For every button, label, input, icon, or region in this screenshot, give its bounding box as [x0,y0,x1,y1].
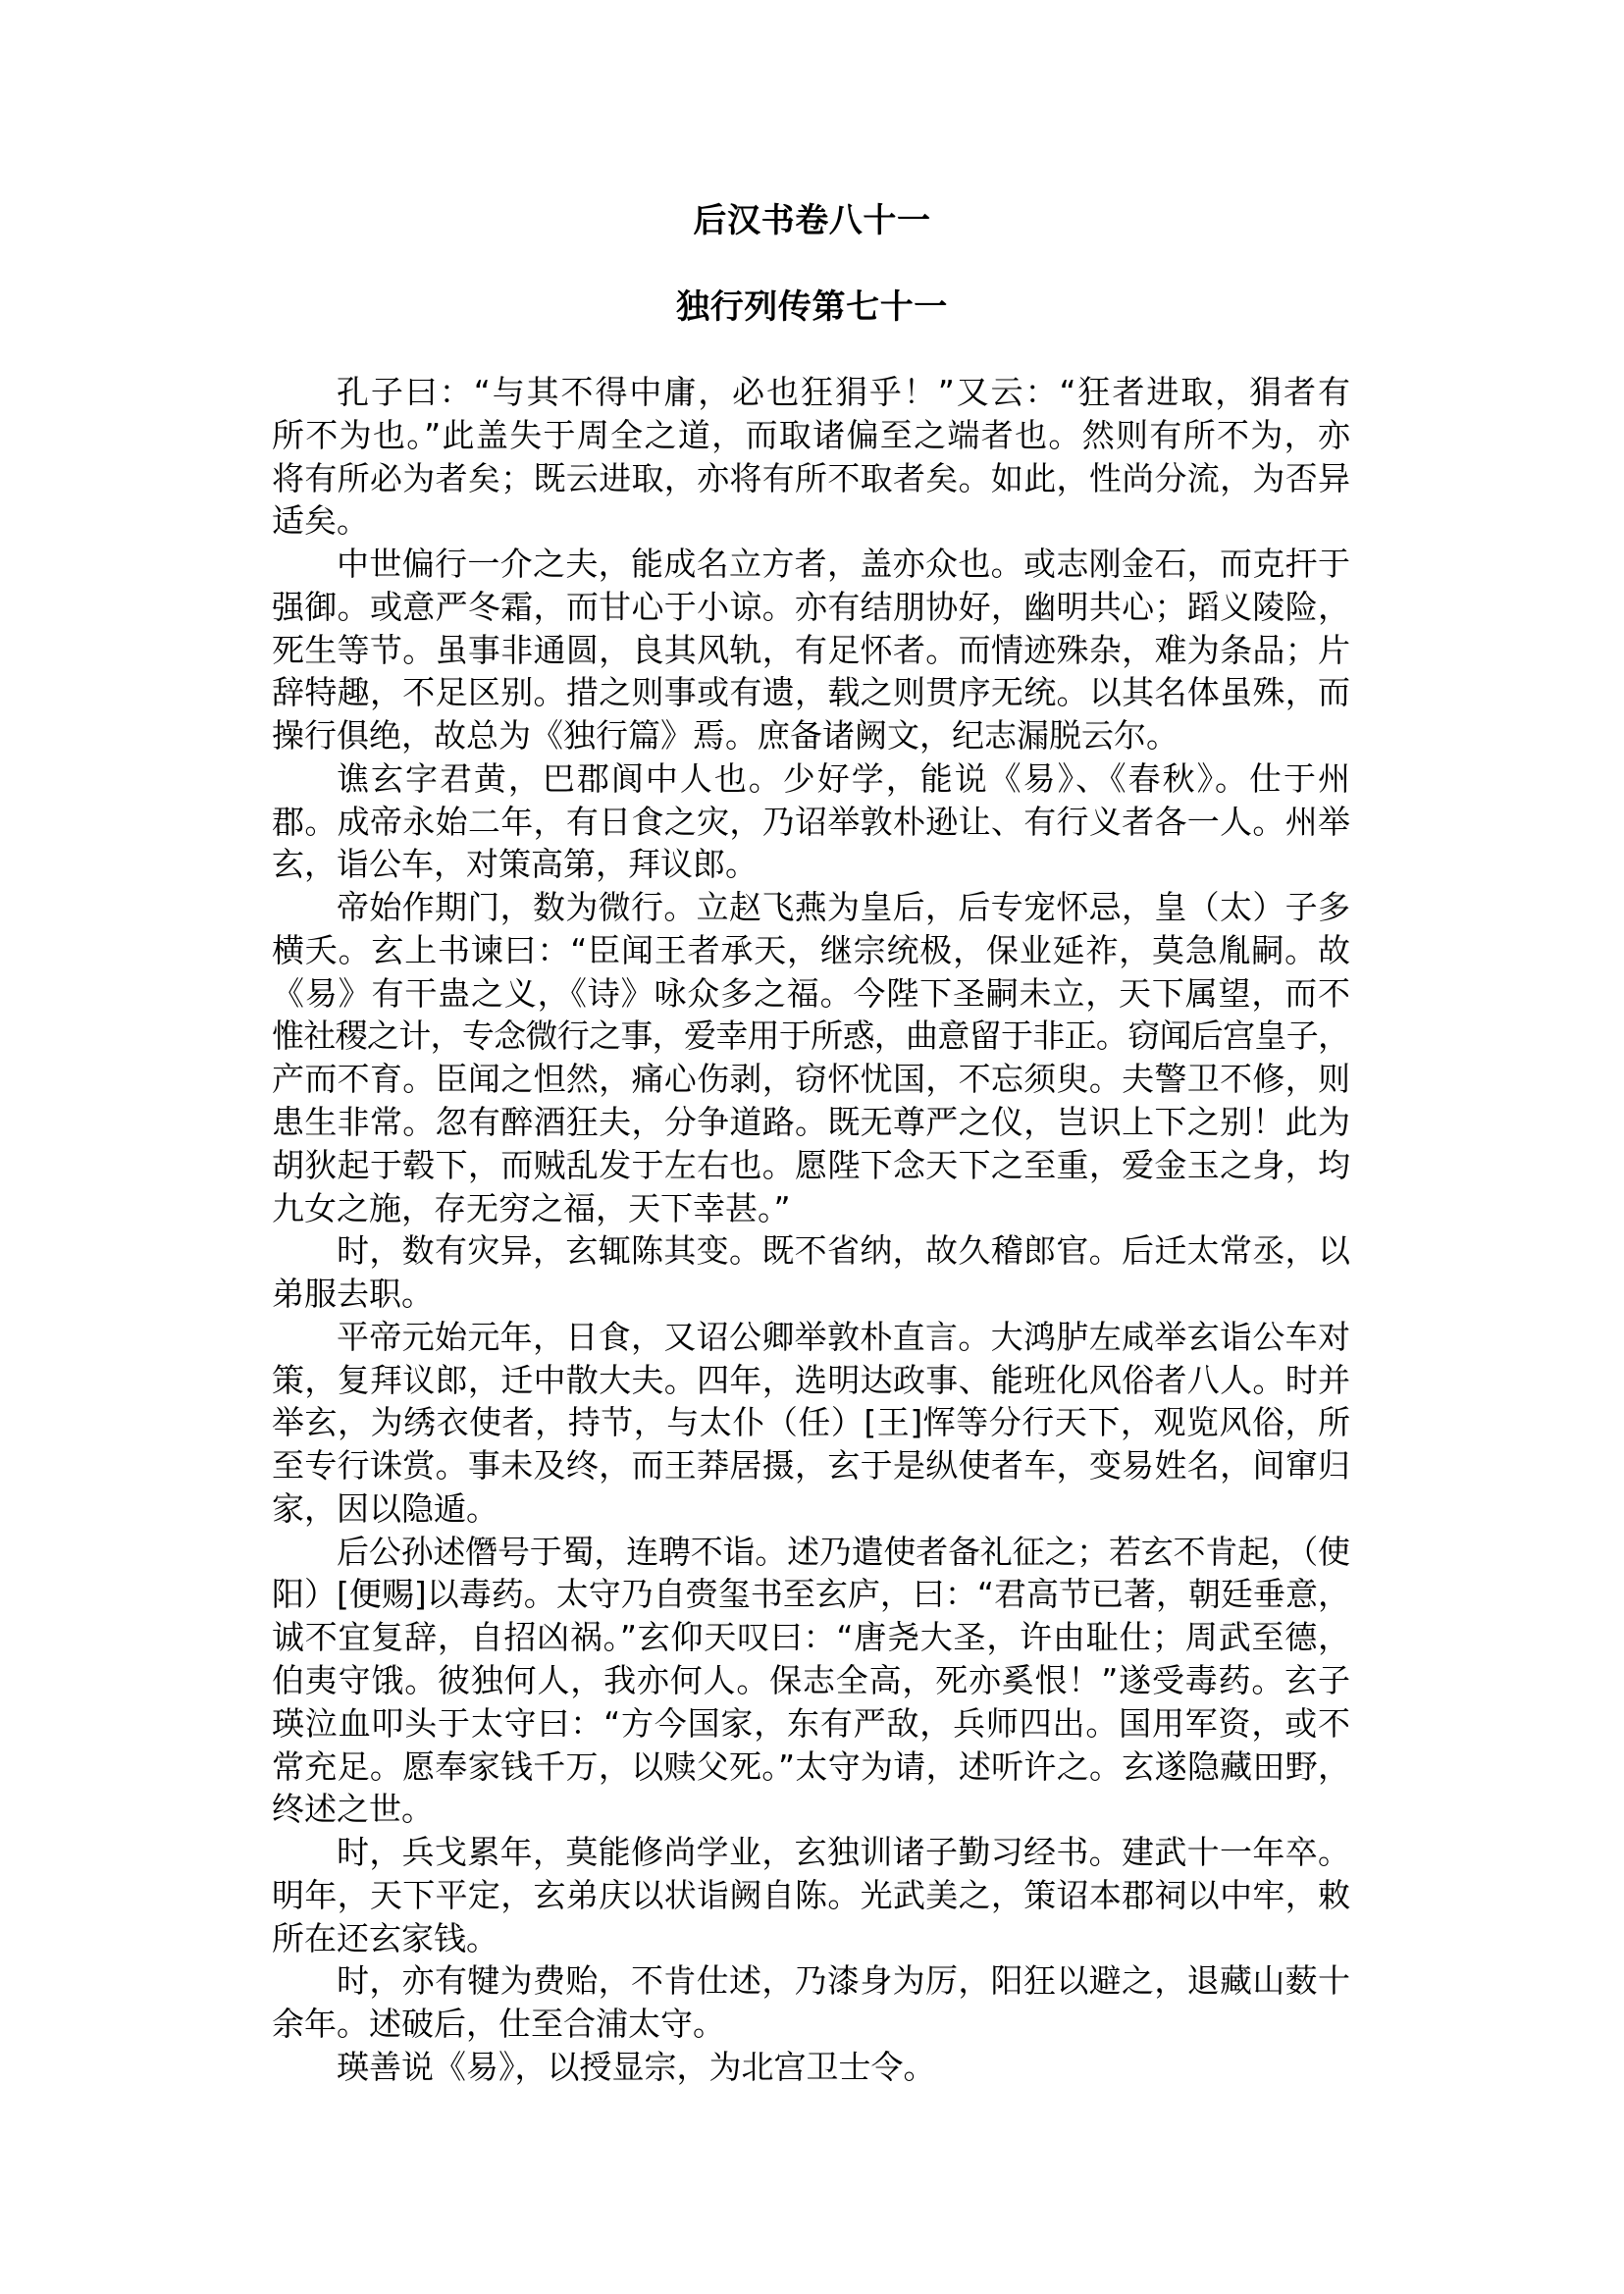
text-line: 明年，天下平定，玄弟庆以状诣阙自陈。光武美之，策诏本郡祠以中牢，敕 [272,1874,1350,1917]
paragraph: 中世偏行一介之夫，能成名立方者，盖亦众也。或志刚金石，而克扞于 强御。或意严冬霜… [272,543,1350,757]
text-line: 九女之施，存无穷之福，天下幸甚。” [272,1187,1350,1230]
volume-title: 后汉书卷八十一 [0,199,1624,242]
text-line: 弟服去职。 [272,1273,1350,1316]
text-line: 策，复拜议郎，迁中散大夫。四年，选明达政事、能班化风俗者八人。时并 [272,1359,1350,1402]
paragraph: 时，亦有犍为费贻，不肯仕述，乃漆身为厉，阳狂以避之，退藏山薮十 余年。述破后，仕… [272,1959,1350,2046]
text-line: 死生等节。虽事非通圆，良其风轨，有足怀者。而情迹殊杂，难为条品；片 [272,629,1350,672]
document-page: 后汉书卷八十一 独行列传第七十一 孔子曰：“与其不得中庸，必也狂狷乎！”又云：“… [0,0,1624,2294]
text-line: 帝始作期门，数为微行。立赵飞燕为皇后，后专宠怀忌，皇（太）子多 [272,886,1350,929]
text-line: 《易》有干蛊之义，《诗》咏众多之福。今陛下圣嗣未立，天下属望，而不 [272,972,1350,1016]
text-line: 时，兵戈累年，莫能修尚学业，玄独训诸子勤习经书。建武十一年卒。 [272,1831,1350,1874]
text-line: 胡狄起于毂下，而贼乱发于左右也。愿陛下念天下之至重，爱金玉之身，均 [272,1144,1350,1187]
text-line: 中世偏行一介之夫，能成名立方者，盖亦众也。或志刚金石，而克扞于 [272,543,1350,586]
text-line: 阳）[便赐]以毒药。太守乃自赍玺书至玄庐，曰：“君高节已著，朝廷垂意， [272,1573,1350,1616]
text-line: 辞特趣，不足区别。措之则事或有遗，载之则贯序无统。以其名体虽殊，而 [272,671,1350,714]
text-line: 操行俱绝，故总为《独行篇》焉。庶备诸阙文，纪志漏脱云尔。 [272,714,1350,757]
paragraph: 时，兵戈累年，莫能修尚学业，玄独训诸子勤习经书。建武十一年卒。 明年，天下平定，… [272,1831,1350,1959]
text-line: 惟社稷之计，专念微行之事，爱幸用于所惑，曲意留于非正。窃闻后宫皇子， [272,1015,1350,1058]
text-line: 时，数有灾异，玄辄陈其变。既不省纳，故久稽郎官。后迁太常丞，以 [272,1229,1350,1273]
paragraph: 孔子曰：“与其不得中庸，必也狂狷乎！”又云：“狂者进取，狷者有 所不为也。”此盖… [272,371,1350,543]
document-body: 孔子曰：“与其不得中庸，必也狂狷乎！”又云：“狂者进取，狷者有 所不为也。”此盖… [272,371,1350,2089]
text-line: 举玄，为绣衣使者，持节，与太仆（任）[王]恽等分行天下，观览风俗，所 [272,1401,1350,1444]
text-line: 平帝元始元年，日食，又诏公卿举敦朴直言。大鸿胪左咸举玄诣公车对 [272,1316,1350,1359]
text-line: 郡。成帝永始二年，有日食之灾，乃诏举敦朴逊让、有行义者各一人。州举 [272,801,1350,844]
text-line: 诚不宜复辞，自招凶祸。”玄仰天叹曰：“唐尧大圣，许由耻仕；周武至德， [272,1616,1350,1659]
text-line: 至专行诛赏。事未及终，而王莽居摄，玄于是纵使者车，变易姓名，间窜归 [272,1444,1350,1487]
paragraph: 时，数有灾异，玄辄陈其变。既不省纳，故久稽郎官。后迁太常丞，以 弟服去职。 [272,1229,1350,1316]
paragraph: 后公孙述僭号于蜀，连聘不诣。述乃遣使者备礼征之；若玄不肯起，（使 阳）[便赐]以… [272,1531,1350,1831]
text-line: 患生非常。忽有醉酒狂夫，分争道路。既无尊严之仪，岂识上下之别！此为 [272,1101,1350,1144]
text-line: 强御。或意严冬霜，而甘心于小谅。亦有结朋协好，幽明共心；蹈义陵险， [272,586,1350,629]
text-line: 常充足。愿奉家钱千万，以赎父死。”太守为请，述听许之。玄遂隐藏田野， [272,1746,1350,1789]
chapter-title: 独行列传第七十一 [0,286,1624,329]
text-line: 适矣。 [272,499,1350,543]
text-line: 终述之世。 [272,1788,1350,1831]
text-line: 横夭。玄上书谏曰：“臣闻王者承天，继宗统极，保业延祚，莫急胤嗣。故 [272,929,1350,972]
text-line: 将有所必为者矣；既云进取，亦将有所不取者矣。如此，性尚分流，为否异 [272,457,1350,500]
paragraph: 谯玄字君黄，巴郡阆中人也。少好学，能说《易》、《春秋》。仕于州 郡。成帝永始二年… [272,757,1350,886]
text-line: 家，因以隐遁。 [272,1487,1350,1531]
paragraph: 帝始作期门，数为微行。立赵飞燕为皇后，后专宠怀忌，皇（太）子多 横夭。玄上书谏曰… [272,886,1350,1229]
text-line: 后公孙述僭号于蜀，连聘不诣。述乃遣使者备礼征之；若玄不肯起，（使 [272,1531,1350,1574]
text-line: 谯玄字君黄，巴郡阆中人也。少好学，能说《易》、《春秋》。仕于州 [272,757,1350,801]
text-line: 余年。述破后，仕至合浦太守。 [272,2003,1350,2046]
paragraph: 平帝元始元年，日食，又诏公卿举敦朴直言。大鸿胪左咸举玄诣公车对 策，复拜议郎，迁… [272,1316,1350,1531]
text-line: 孔子曰：“与其不得中庸，必也狂狷乎！”又云：“狂者进取，狷者有 [272,371,1350,414]
paragraph: 瑛善说《易》，以授显宗，为北宫卫士令。 [272,2046,1350,2089]
text-line: 瑛善说《易》，以授显宗，为北宫卫士令。 [272,2046,1350,2089]
text-line: 伯夷守饿。彼独何人，我亦何人。保志全高，死亦奚恨！”遂受毒药。玄子 [272,1659,1350,1702]
text-line: 瑛泣血叩头于太守曰：“方今国家，东有严敌，兵师四出。国用军资，或不 [272,1702,1350,1746]
text-line: 时，亦有犍为费贻，不肯仕述，乃漆身为厉，阳狂以避之，退藏山薮十 [272,1959,1350,2003]
text-line: 玄，诣公车，对策高第，拜议郎。 [272,843,1350,886]
text-line: 所不为也。”此盖失于周全之道，而取诸偏至之端者也。然则有所不为，亦 [272,414,1350,457]
text-line: 所在还玄家钱。 [272,1917,1350,1960]
text-line: 产而不育。臣闻之怛然，痛心伤剥，窃怀忧国，不忘须臾。夫警卫不修，则 [272,1058,1350,1101]
